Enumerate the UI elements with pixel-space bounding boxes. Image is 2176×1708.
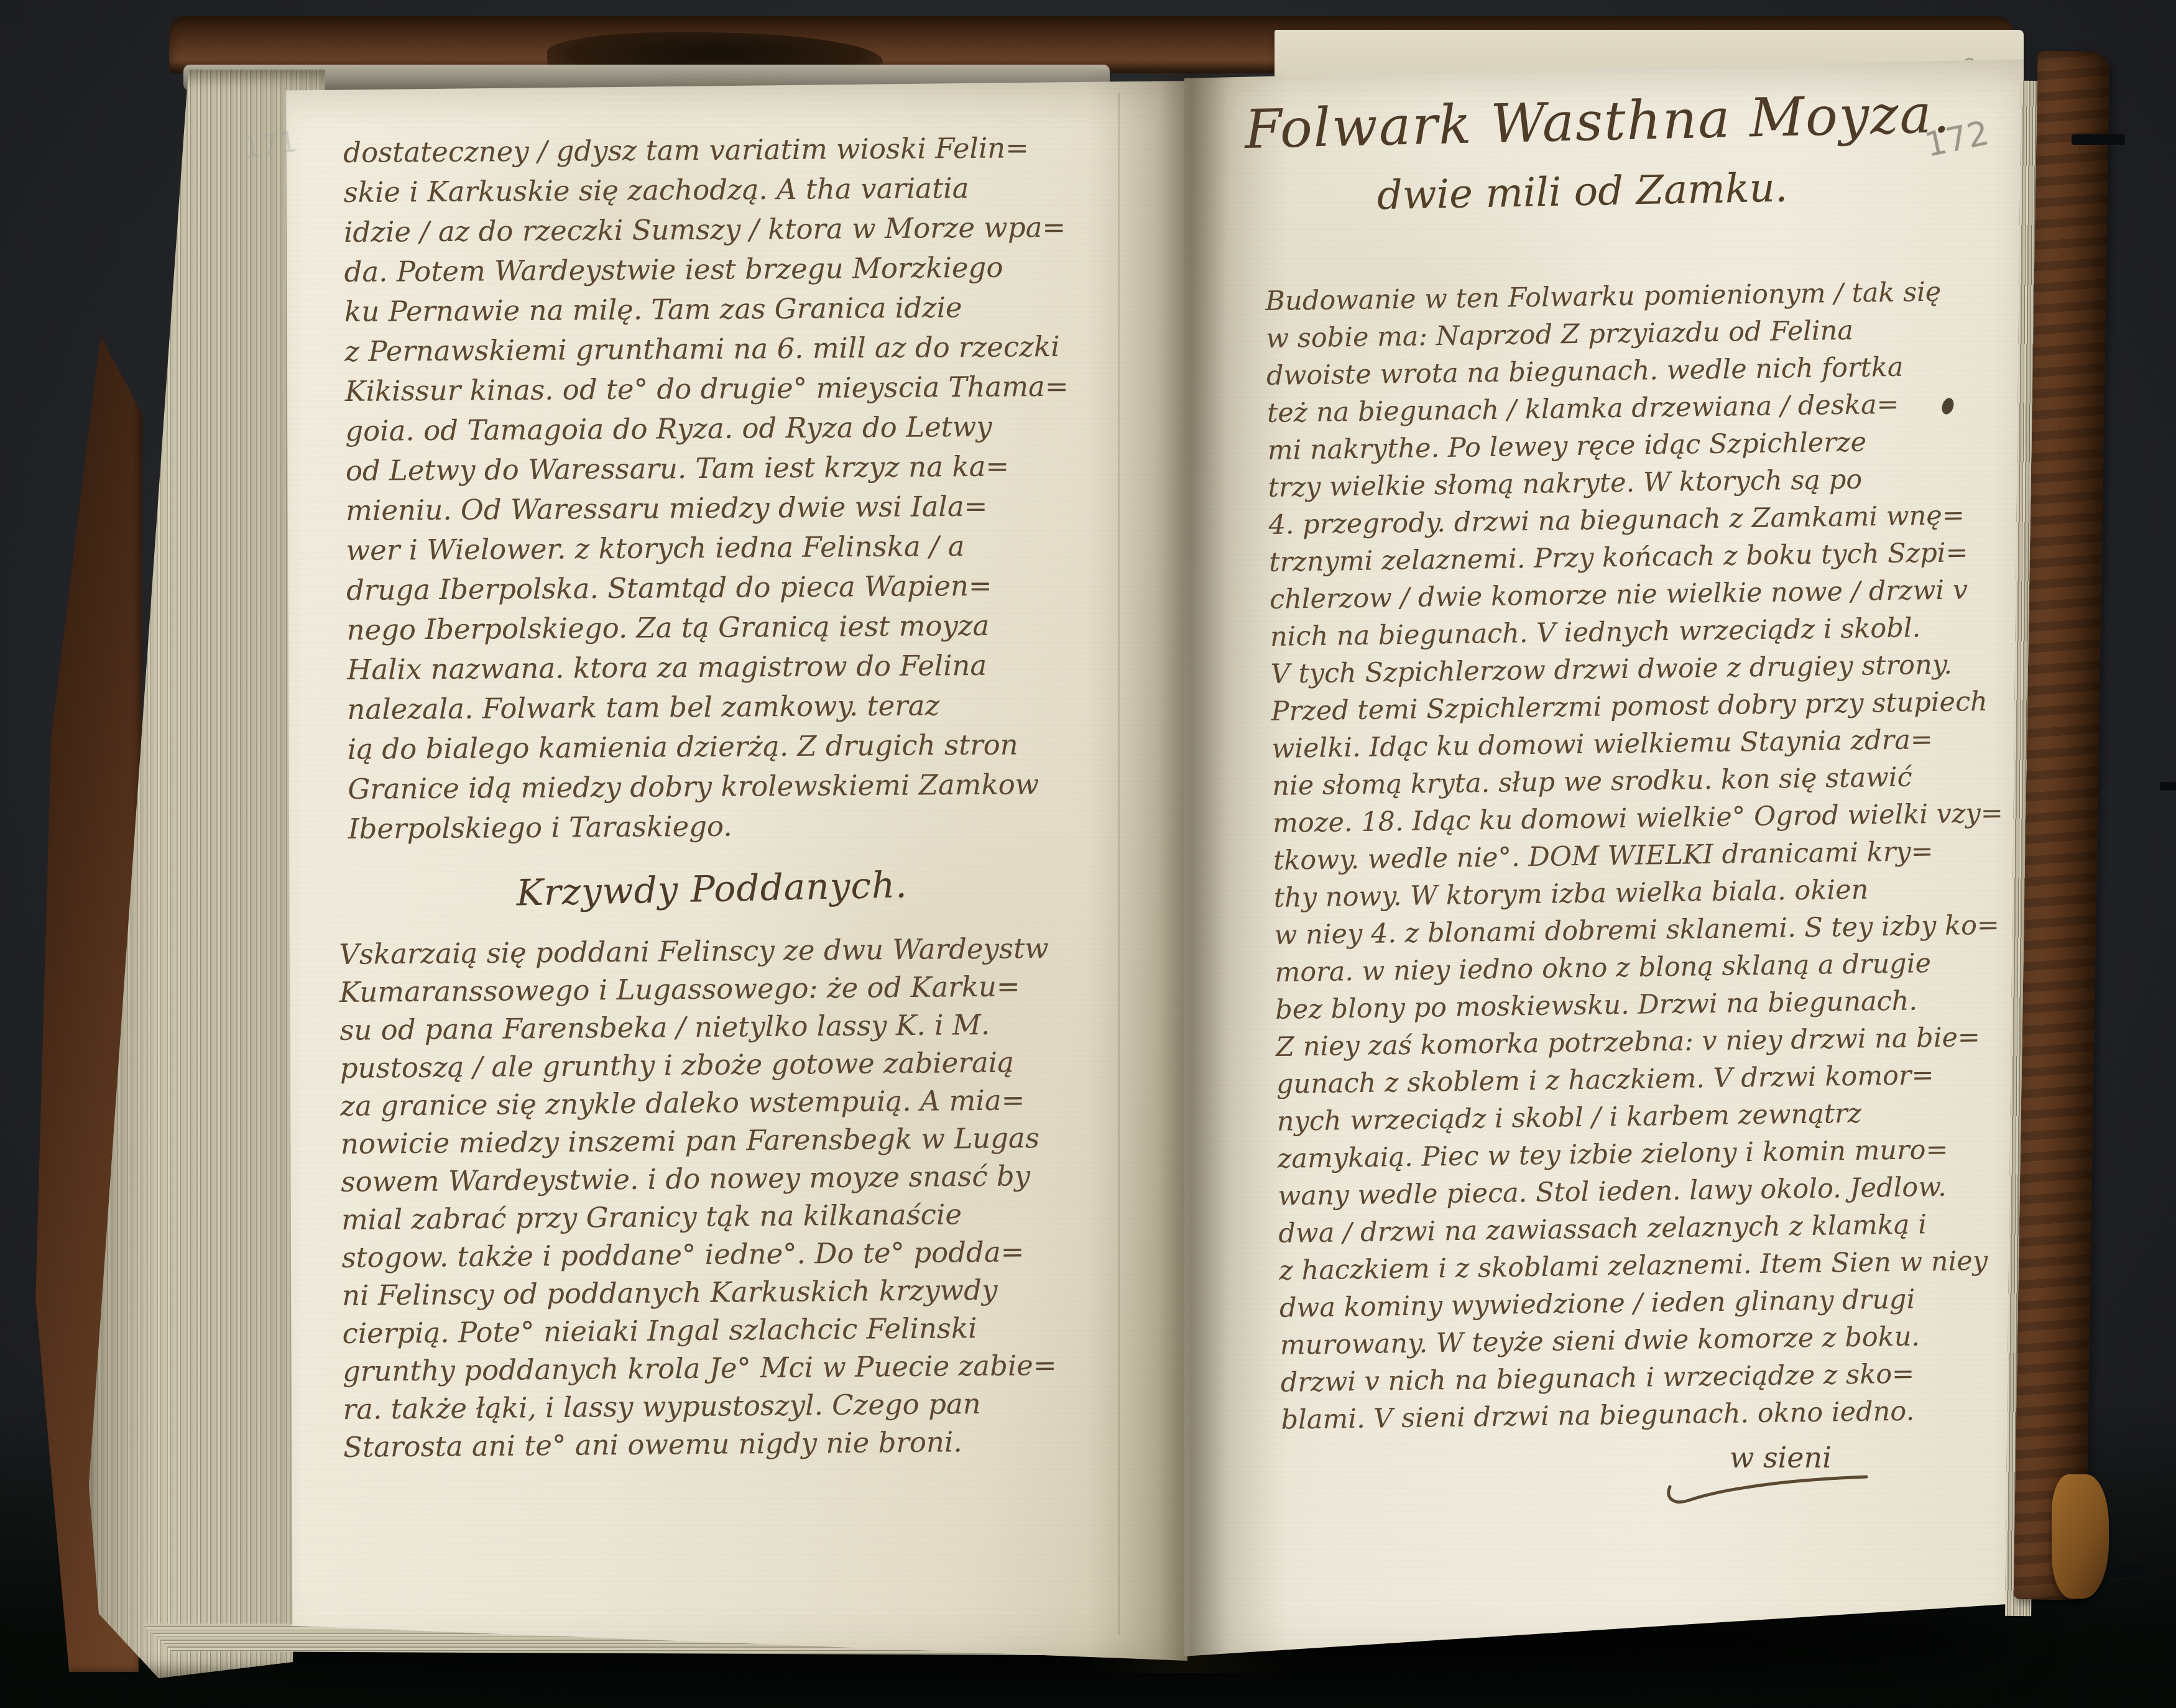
catchword-flourish	[1661, 1471, 1873, 1510]
manuscript-photo: lu dzi d h an il o 9 171 dostateczney / …	[0, 0, 2176, 1708]
manuscript-line: Granice idą miedzy dobry krolewskiemi Za…	[348, 764, 1081, 809]
manuscript-line: nalezala. Folwark tam bel zamkowy. teraz	[347, 685, 1081, 730]
manuscript-line: Halix nazwana. ktora za magistrow do Fel…	[347, 645, 1081, 690]
manuscript-line: idzie / az do rzeczki Sumszy / ktora w M…	[344, 208, 1077, 252]
manuscript-line: cierpią. Pote° nieiaki Ingal szlachcic F…	[342, 1308, 1082, 1352]
manuscript-line: da. Potem Wardeystwie iest brzegu Morzki…	[344, 247, 1077, 292]
manuscript-line: stogow. także i poddane° iedne°. Do te° …	[341, 1233, 1081, 1277]
manuscript-line: sowem Wardeystwie. i do nowey moyze snas…	[341, 1157, 1081, 1201]
manuscript-line: nowicie miedzy inszemi pan Farensbegk w …	[341, 1119, 1081, 1163]
gutter-shadow	[1085, 70, 1290, 1673]
cradle-slot-bottom	[2111, 1564, 2144, 1579]
manuscript-line: druga Iberpolska. Stamtąd do pieca Wapie…	[346, 566, 1080, 610]
manuscript-line: mial zabrać przy Granicy tąk na kilkanaś…	[341, 1195, 1081, 1239]
manuscript-line: nego Iberpolskiego. Za tą Granicą iest m…	[346, 605, 1080, 650]
manuscript-line: ni Felinscy od poddanych Karkuskich krzy…	[342, 1270, 1082, 1315]
left-page-paragraph-1: dostateczney / gdysz tam variatim wioski…	[343, 128, 1082, 849]
manuscript-line: su od pana Farensbeka / nietylko lassy K…	[339, 1005, 1079, 1049]
manuscript-line: grunthy poddanych krola Je° Mci w Puecie…	[343, 1346, 1082, 1390]
manuscript-line: pustoszą / ale grunthy i zboże gotowe za…	[340, 1043, 1080, 1087]
right-page-body: Budowanie w ten Folwarku pomienionym / t…	[1265, 272, 2027, 1439]
manuscript-line: od Letwy do Waressaru. Tam iest krzyz na…	[346, 446, 1079, 491]
manuscript-line: ią do bialego kamienia dzierżą. Z drugic…	[348, 725, 1081, 769]
manuscript-line: ra. także łąki, i lassy wypustoszyl. Cze…	[343, 1384, 1082, 1428]
manuscript-line: mieniu. Od Waressaru miedzy dwie wsi Ial…	[346, 486, 1079, 531]
manuscript-line: Starosta ani te° ani owemu nigdy nie bro…	[343, 1422, 1083, 1466]
manuscript-line: z Pernawskiemi grunthami na 6. mill az d…	[344, 327, 1078, 372]
manuscript-line: skie i Karkuskie się zachodzą. A tha var…	[343, 168, 1077, 213]
manuscript-line: goia. od Tamagoia do Ryza. od Ryza do Le…	[345, 406, 1079, 451]
manuscript-line: Iberpolskiego i Taraskiego.	[348, 804, 1082, 849]
catchword: w sieni	[1730, 1441, 1832, 1474]
manuscript-line: Kikissur kinas. od te° do drugie° mieysc…	[345, 367, 1079, 411]
leather-corner-damage	[2052, 1474, 2109, 1599]
manuscript-line: wer i Wielower. z ktorych iedna Felinska…	[346, 526, 1079, 571]
manuscript-line: dostateczney / gdysz tam variatim wioski…	[343, 128, 1077, 173]
manuscript-line: ku Pernawie na milę. Tam zas Granica idz…	[344, 287, 1078, 332]
manuscript-line: Vskarzaią się poddani Felinscy ze dwu Wa…	[339, 929, 1079, 973]
manuscript-line: za granice się znykle daleko wstempuią. …	[340, 1081, 1080, 1125]
page-crease	[1118, 93, 1120, 1635]
cradle-slot-middle	[2160, 782, 2176, 791]
left-page-paragraph-2: Vskarzaią się poddani Felinscy ze dwu Wa…	[339, 929, 1083, 1466]
manuscript-line: Kumaranssowego i Lugassowego: że od Kark…	[339, 967, 1079, 1011]
cradle-slot-top	[2072, 134, 2125, 145]
